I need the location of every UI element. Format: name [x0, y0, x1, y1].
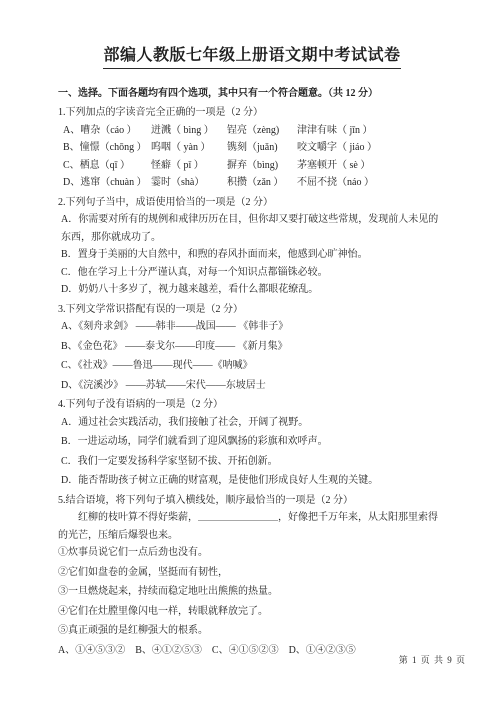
option-cell: 茅塞顿开（ sè ）: [297, 157, 446, 175]
option-cell: 锃亮（zèng): [227, 122, 297, 140]
option-cell: D、逃窜（chuàn ）: [63, 174, 151, 192]
question-2-option-a: A．你需要对所有的规例和戒律历历在目，但你却又要打破这些常规，发现前人未见的东西…: [58, 211, 446, 246]
option-cell: 咬文嚼字（ jiáo ）: [297, 139, 446, 157]
question-2-stem: 2.下列句子当中，成语使用恰当的一项是（2 分）: [58, 194, 446, 212]
question-4: 4.下列句子没有语病的一项是（2 分） A．通过社会实践活动，我们接触了社会，开…: [58, 396, 446, 490]
title-row: 部编人教版七年级上册语文期中考试试卷: [58, 46, 446, 69]
option-cell: 迸溅（ bìng ）: [151, 122, 227, 140]
question-1-row-c: C、栖息（qī ） 怪癖（ pǐ ） 摒弃（bìng) 茅塞顿开（ sè ）: [58, 157, 446, 175]
question-3: 3.下列文学常识搭配有误的一项是（2 分） A、《刻舟求剑》 ——韩非——战国—…: [58, 301, 446, 395]
question-5-stem: 5.结合语境，将下列句子填入横线处，顺序最恰当的一项是（2 分）: [58, 492, 446, 510]
question-4-option-d: D．能否帮助孩子树立正确的财富观，是使他们形成良好人生观的关键。: [58, 472, 446, 490]
question-1-row-a: A、嘈杂（cáo ） 迸溅（ bìng ） 锃亮（zèng) 津津有味（ jīn…: [58, 122, 446, 140]
question-5-answer-a: A、①④⑤③②: [58, 642, 125, 660]
option-cell: 积攒（zǎn ）: [227, 174, 297, 192]
exam-page: 部编人教版七年级上册语文期中考试试卷 一、选择。下面各题均有四个选项，其中只有一…: [0, 0, 500, 707]
question-2: 2.下列句子当中，成语使用恰当的一项是（2 分） A．你需要对所有的规例和戒律历…: [58, 194, 446, 299]
option-cell: 津津有味（ jīn ）: [297, 122, 446, 140]
question-1: 1.下列加点的字读音完全正确的一项是（2 分） A、嘈杂（cáo ） 迸溅（ b…: [58, 104, 446, 192]
option-cell: C、栖息（qī ）: [63, 157, 151, 175]
question-5-answer-d: D、①④②③⑤: [289, 642, 356, 660]
option-cell: A、嘈杂（cáo ）: [63, 122, 151, 140]
question-5-answer-row: A、①④⑤③② B、④①②⑤③ C、④①⑤②③ D、①④②③⑤: [58, 642, 446, 660]
question-2-option-c: C．他在学习上十分严谨认真，对每一个知识点都锱铢必较。: [58, 264, 446, 282]
question-5-answer-c: C、④①⑤②③: [212, 642, 279, 660]
question-4-option-b: B．一进运动场，同学们就看到了迎风飘扬的彩旗和欢呼声。: [58, 433, 446, 451]
question-5: 5.结合语境，将下列句子填入横线处，顺序最恰当的一项是（2 分） 红柳的枝叶算不…: [58, 492, 446, 660]
question-3-option-a: A、《刻舟求剑》 ——韩非——战国—— 《韩非子》: [58, 318, 446, 336]
option-cell: 镌刻（juǎn): [227, 139, 297, 157]
question-4-option-a: A．通过社会实践活动，我们接触了社会，开阔了视野。: [58, 414, 446, 432]
question-3-stem: 3.下列文学常识搭配有误的一项是（2 分）: [58, 301, 446, 319]
page-footer: 第 1 页 共 9 页: [399, 653, 466, 669]
option-cell: 不屈不挠（náo ）: [297, 174, 446, 192]
option-cell: 呜咽（ yàn ）: [151, 139, 227, 157]
question-5-answer-b: B、④①②⑤③: [135, 642, 202, 660]
question-1-stem: 1.下列加点的字读音完全正确的一项是（2 分）: [58, 104, 446, 122]
question-5-sentence-2: ②它们如盘卷的金属，坚挺而有韧性，: [58, 564, 446, 582]
page-title: 部编人教版七年级上册语文期中考试试卷: [103, 46, 400, 69]
question-2-option-b: B．置身于美丽的大自然中，和煦的春风扑面而来，他感到心旷神怡。: [58, 246, 446, 264]
option-cell: 怪癖（ pǐ ）: [151, 157, 227, 175]
question-4-option-c: C．我们一定要发扬科学家坚韧不拔、开拓创新。: [58, 453, 446, 471]
option-cell: 摒弃（bìng): [227, 157, 297, 175]
question-5-sentence-4: ④它们在灶膛里像闪电一样，转眼就释放完了。: [58, 603, 446, 621]
section-heading: 一、选择。下面各题均有四个选项，其中只有一个符合题意。（共 12 分）: [58, 85, 446, 103]
question-1-row-b: B、憧憬（chōng ） 呜咽（ yàn ） 镌刻（juǎn) 咬文嚼字（ ji…: [58, 139, 446, 157]
question-5-passage: 红柳的枝叶算不得好柴薪，＿＿＿＿＿＿＿＿，好像把千万年来，从太阳那里索得的光芒，…: [58, 509, 446, 544]
question-3-option-b: B、《金色花》 ——泰戈尔——印度—— 《新月集》: [58, 338, 446, 356]
question-3-option-d: D、《浣溪沙》 ——苏轼——宋代——东坡居士: [58, 377, 446, 395]
question-5-sentence-3: ③一旦燃烧起来，持续而稳定地吐出熊熊的热量。: [58, 583, 446, 601]
question-1-row-d: D、逃窜（chuàn ） 霎时（shà） 积攒（zǎn ） 不屈不挠（náo ）: [58, 174, 446, 192]
question-3-option-c: C、《社戏》——鲁迅——现代——《呐喊》: [58, 357, 446, 375]
option-cell: B、憧憬（chōng ）: [63, 139, 151, 157]
option-cell: 霎时（shà）: [151, 174, 227, 192]
question-4-stem: 4.下列句子没有语病的一项是（2 分）: [58, 396, 446, 414]
question-5-sentence-5: ⑤真正顽强的是红柳强大的根系。: [58, 622, 446, 640]
question-2-option-d: D．奶奶八十多岁了，视力越来越差，看什么都眼花缭乱。: [58, 281, 446, 299]
question-5-sentence-1: ①炊事员说它们一点后劲也没有。: [58, 544, 446, 562]
